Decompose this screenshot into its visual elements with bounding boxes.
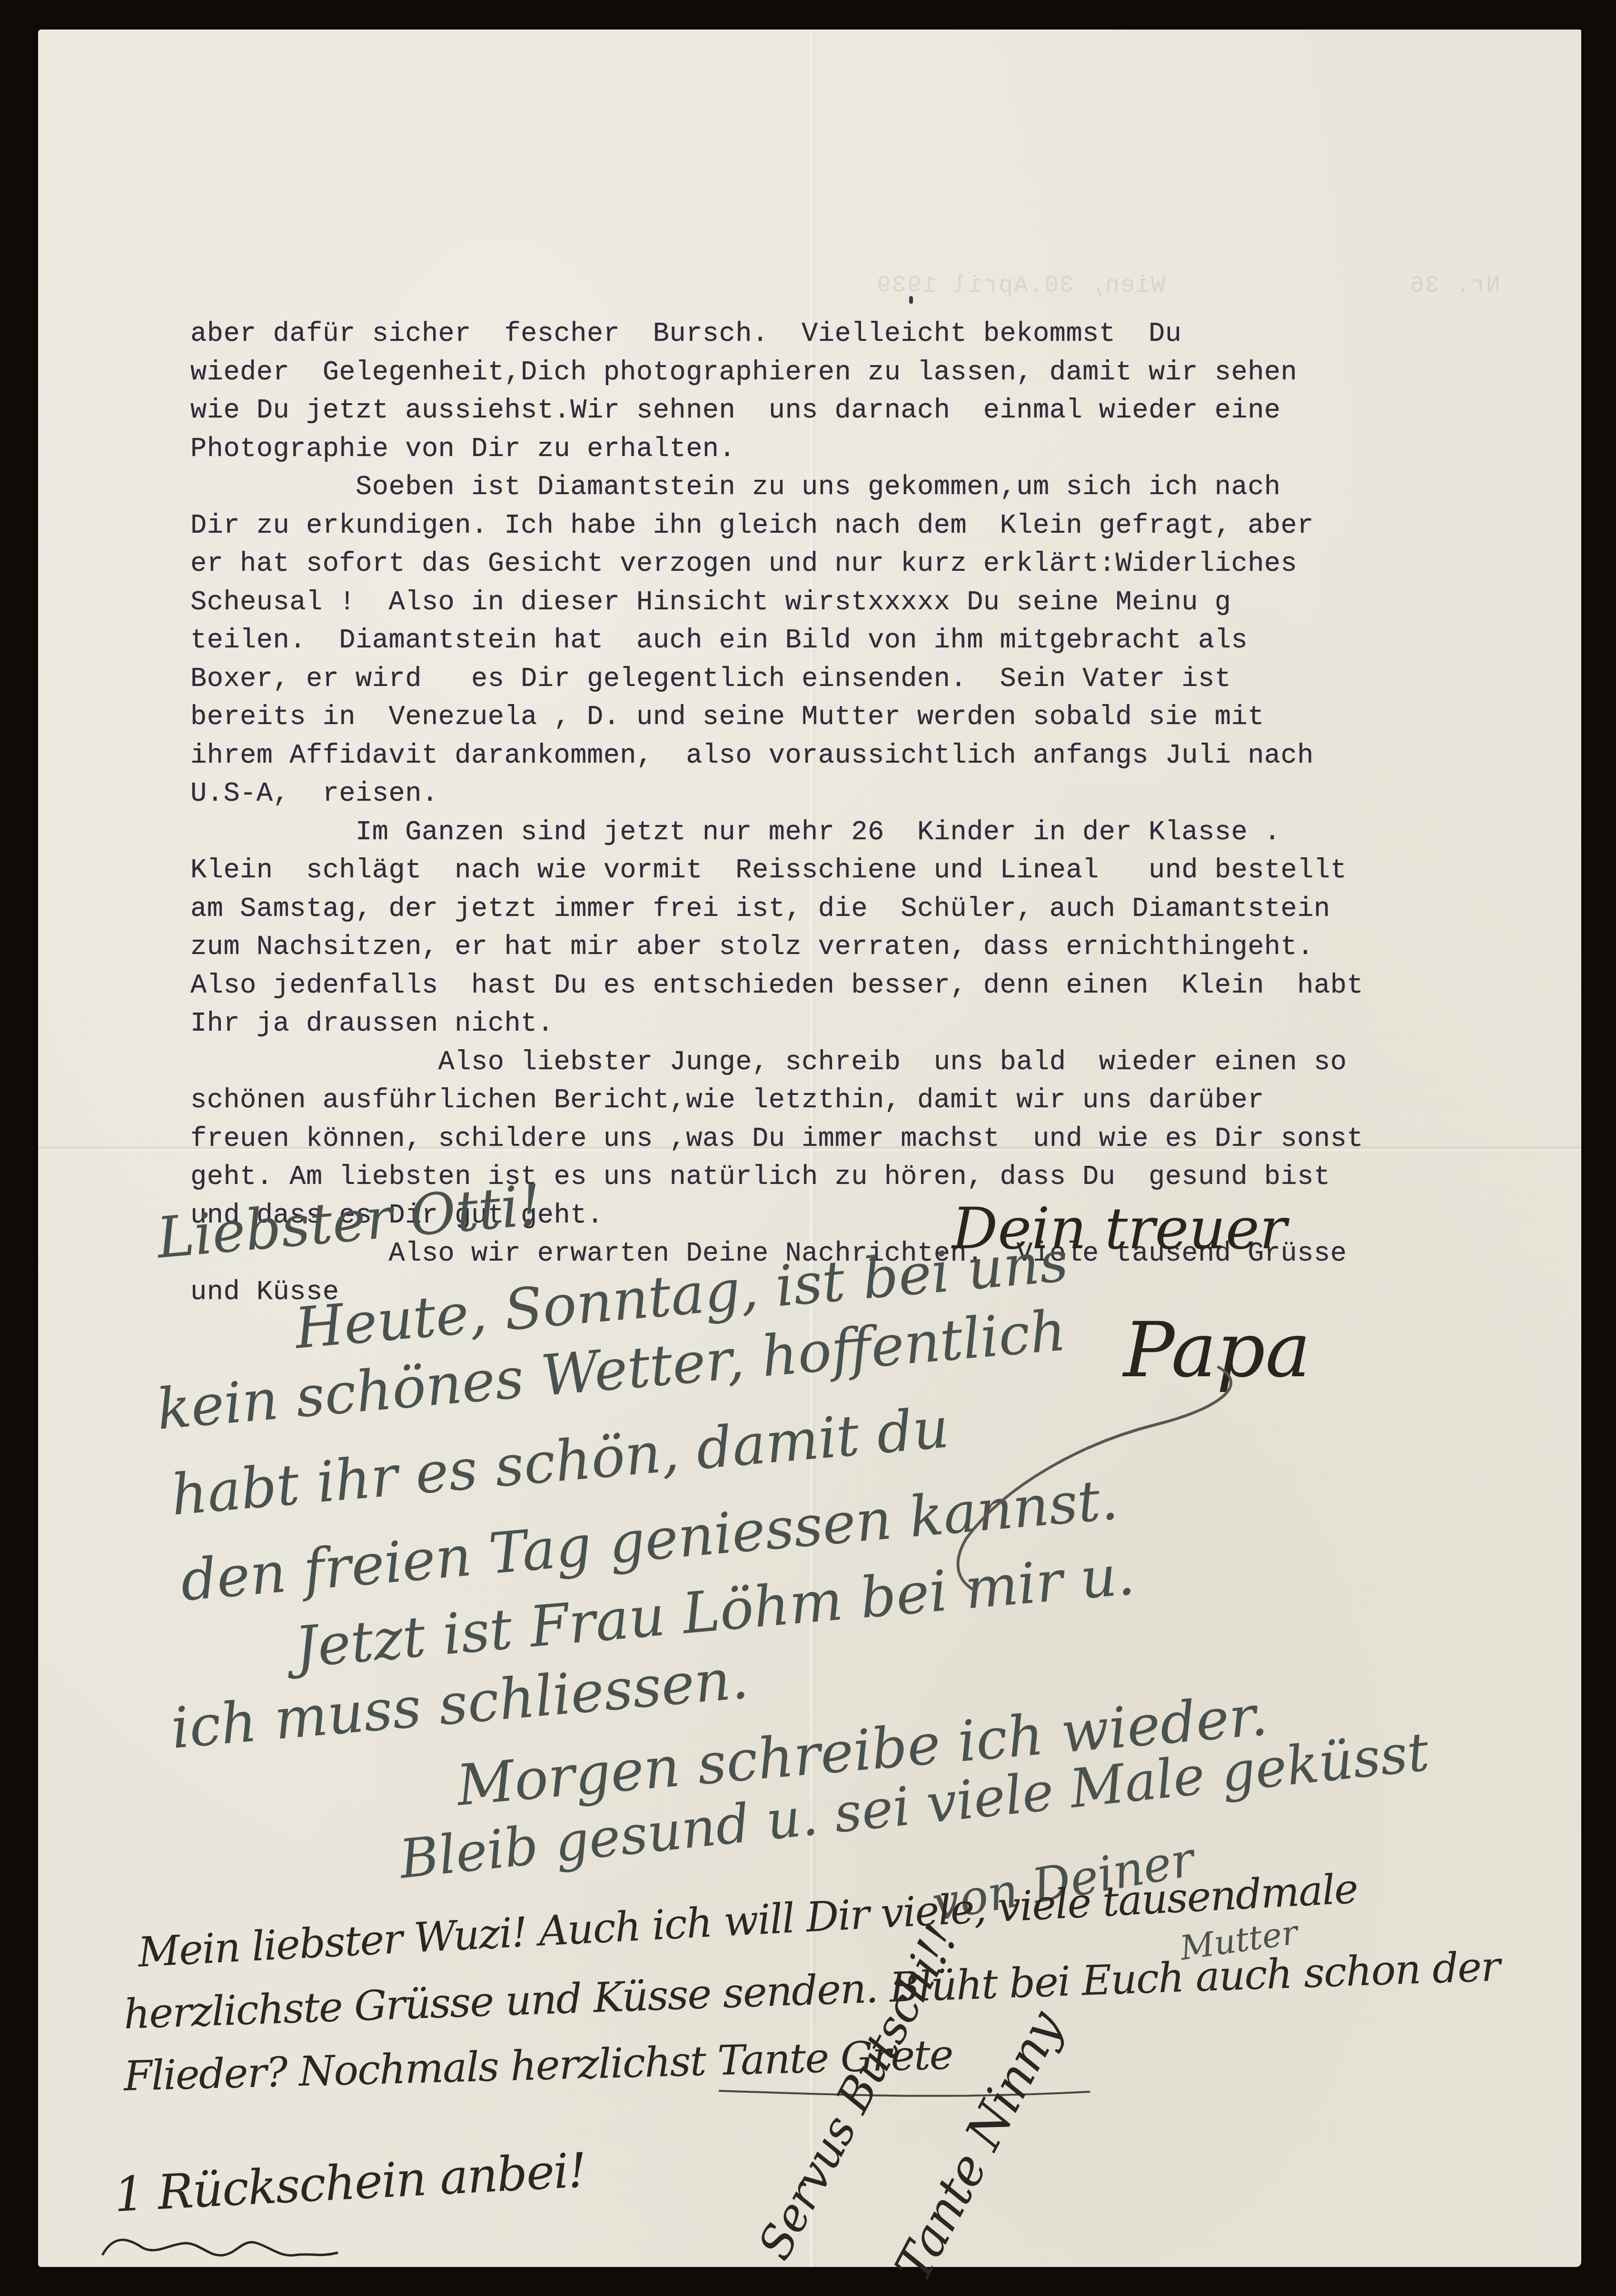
typed-line: freuen können, schildere uns ,was Du imm… (190, 1120, 1523, 1159)
typed-line: schönen ausführlichen Bericht,wie letzth… (190, 1082, 1523, 1120)
typed-line: Klein schlägt nach wie vormit Reisschien… (190, 852, 1523, 890)
typed-line: zum Nachsitzen, er hat mir aber stolz ve… (190, 928, 1523, 967)
typed-line: Boxer, er wird es Dir gelegentlich einse… (190, 660, 1523, 699)
ink-mark (909, 296, 913, 304)
handwritten-closing: Dein treuer (952, 1196, 1287, 1262)
letter-paper: Wien, 30.April 1939 Nr. 36 aber dafür si… (38, 30, 1581, 2267)
bleed-through-number: Nr. 36 (1409, 272, 1500, 299)
typed-line: teilen. Diamantstein hat auch ein Bild v… (190, 622, 1523, 660)
typed-line: er hat sofort das Gesicht verzogen und n… (190, 545, 1523, 584)
typed-line: Dir zu erkundigen. Ich habe ihn gleich n… (190, 507, 1523, 546)
bleed-through-date: Wien, 30.April 1939 (876, 272, 1165, 299)
typed-line: ihrem Affidavit darankommen, also voraus… (190, 737, 1523, 775)
typed-line: wieder Gelegenheit,Dich photographieren … (190, 354, 1523, 392)
typed-line: Photographie von Dir zu erhalten. (190, 430, 1523, 469)
signature-flourish-papa (823, 1358, 1252, 1605)
wavy-underline (100, 2229, 347, 2262)
handwritten-note-rueckschein: 1 Rückschein anbei! (113, 2142, 587, 2223)
typed-line: U.S-A, reisen. (190, 775, 1523, 814)
typed-line: am Samstag, der jetzt immer frei ist, di… (190, 890, 1523, 929)
typed-line: wie Du jetzt aussiehst.Wir sehnen uns da… (190, 392, 1523, 430)
typed-line: Also liebster Junge, schreib uns bald wi… (190, 1044, 1523, 1082)
typed-letter-body: aber dafür sicher fescher Bursch. Vielle… (190, 315, 1523, 1312)
typed-line: Ihr ja draussen nicht. (190, 1005, 1523, 1044)
typed-line: Im Ganzen sind jetzt nur mehr 26 Kinder … (190, 814, 1523, 852)
typed-line: Scheusal ! Also in dieser Hinsicht wirst… (190, 584, 1523, 622)
typed-line: bereits in Venezuela , D. und seine Mutt… (190, 698, 1523, 737)
typed-line: Soeben ist Diamantstein zu uns gekommen,… (190, 468, 1523, 507)
typed-line: Also jedenfalls hast Du es entschieden b… (190, 967, 1523, 1005)
typed-line: aber dafür sicher fescher Bursch. Vielle… (190, 315, 1523, 354)
